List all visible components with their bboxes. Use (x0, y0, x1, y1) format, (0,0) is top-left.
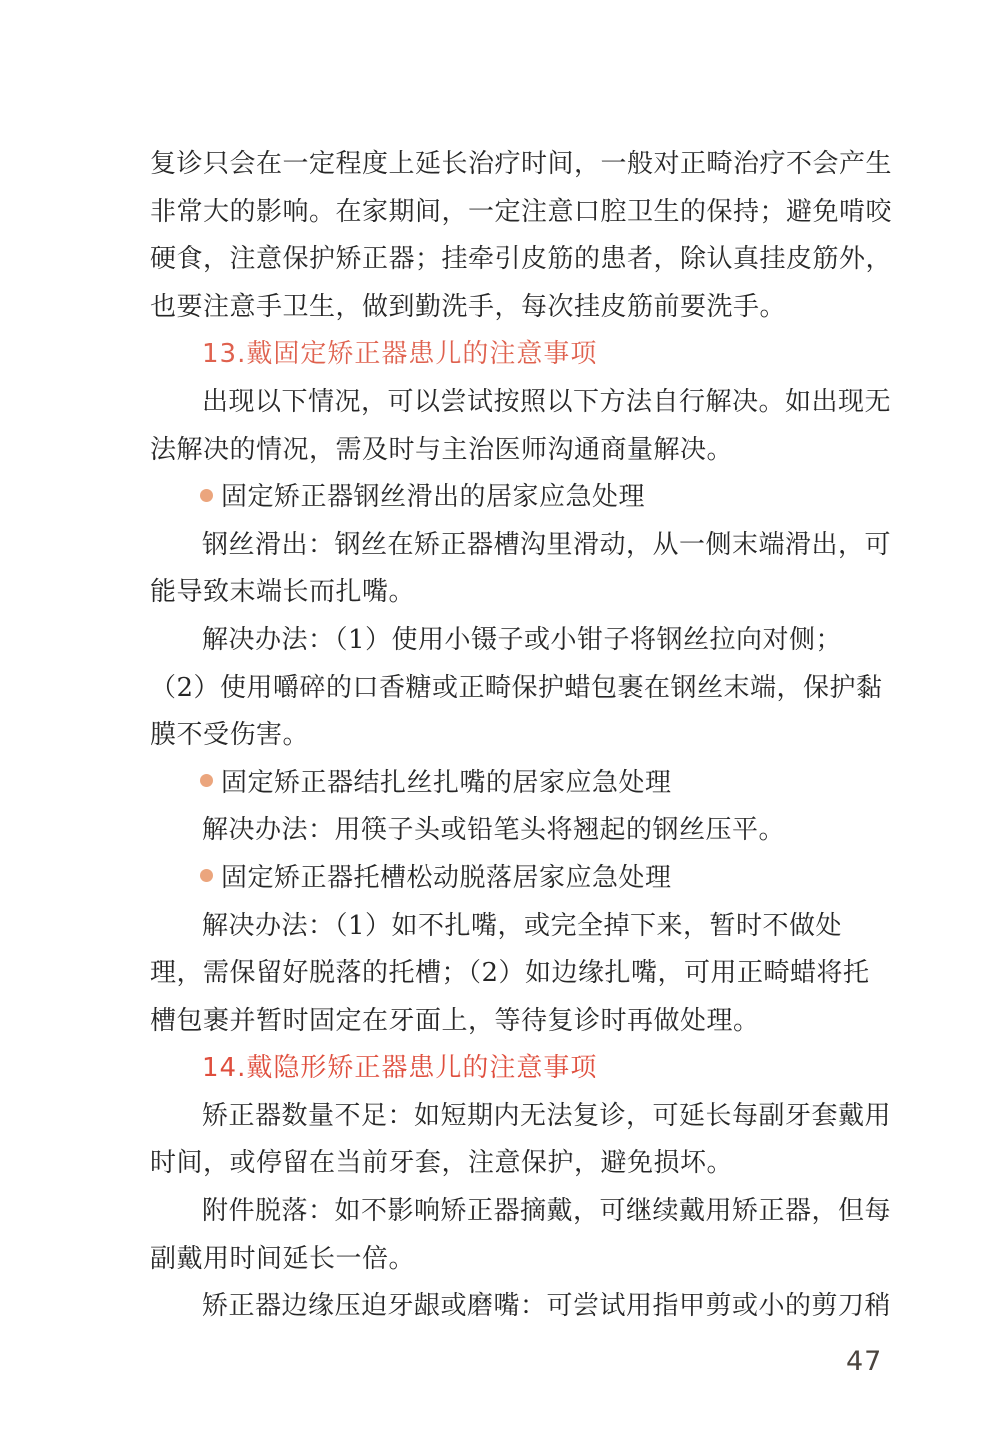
body-line: 非常大的影响。在家期间，一定注意口腔卫生的保持；避免啃咬 (150, 189, 882, 237)
bullet-item: 固定矫正器托槽松动脱落居家应急处理 (150, 855, 882, 903)
body-line: 硬食，注意保护矫正器；挂牵引皮筋的患者，除认真挂皮筋外， (150, 236, 882, 284)
body-line: 时间，或停留在当前牙套，注意保护，避免损坏。 (150, 1140, 882, 1188)
body-line: 副戴用时间延长一倍。 (150, 1236, 882, 1284)
body-line: （2）使用嚼碎的口香糖或正畸保护蜡包裹在钢丝末端，保护黏 (150, 665, 882, 713)
body-line: 解决办法：用筷子头或铅笔头将翘起的钢丝压平。 (150, 807, 882, 855)
bullet-item-label: 固定矫正器钢丝滑出的居家应急处理 (221, 482, 645, 512)
body-line: 解决办法：（1）如不扎嘴，或完全掉下来，暂时不做处 (150, 903, 882, 951)
body-line: 复诊只会在一定程度上延长治疗时间，一般对正畸治疗不会产生 (150, 141, 882, 189)
bullet-item-label: 固定矫正器托槽松动脱落居家应急处理 (221, 863, 672, 893)
body-line: 能导致末端长而扎嘴。 (150, 569, 882, 617)
bullet-item: 固定矫正器钢丝滑出的居家应急处理 (150, 474, 882, 522)
heading-14: 14.戴隐形矫正器患儿的注意事项 (150, 1045, 882, 1093)
body-line: 解决办法：（1）使用小镊子或小钳子将钢丝拉向对侧； (150, 617, 882, 665)
body-line: 也要注意手卫生，做到勤洗手，每次挂皮筋前要洗手。 (150, 284, 882, 332)
text-content: 复诊只会在一定程度上延长治疗时间，一般对正畸治疗不会产生非常大的影响。在家期间，… (150, 141, 882, 1331)
page-number: 47 (846, 1346, 882, 1377)
body-line: 出现以下情况，可以尝试按照以下方法自行解决。如出现无 (150, 379, 882, 427)
bullet-dot-icon (200, 869, 213, 882)
body-line: 矫正器数量不足：如短期内无法复诊，可延长每副牙套戴用 (150, 1093, 882, 1141)
bullet-dot-icon (200, 774, 213, 787)
body-line: 槽包裹并暂时固定在牙面上，等待复诊时再做处理。 (150, 998, 882, 1046)
body-line: 膜不受伤害。 (150, 712, 882, 760)
bullet-item-label: 固定矫正器结扎丝扎嘴的居家应急处理 (221, 768, 672, 798)
body-line: 附件脱落：如不影响矫正器摘戴，可继续戴用矫正器，但每 (150, 1188, 882, 1236)
body-line: 理，需保留好脱落的托槽；（2）如边缘扎嘴，可用正畸蜡将托 (150, 950, 882, 998)
bullet-dot-icon (200, 489, 213, 502)
body-line: 矫正器边缘压迫牙龈或磨嘴：可尝试用指甲剪或小的剪刀稍 (150, 1283, 882, 1331)
document-page: 复诊只会在一定程度上延长治疗时间，一般对正畸治疗不会产生非常大的影响。在家期间，… (0, 0, 1000, 1450)
bullet-item: 固定矫正器结扎丝扎嘴的居家应急处理 (150, 760, 882, 808)
body-line: 钢丝滑出：钢丝在矫正器槽沟里滑动，从一侧末端滑出，可 (150, 522, 882, 570)
body-line: 法解决的情况，需及时与主治医师沟通商量解决。 (150, 427, 882, 475)
heading-13: 13.戴固定矫正器患儿的注意事项 (150, 331, 882, 379)
